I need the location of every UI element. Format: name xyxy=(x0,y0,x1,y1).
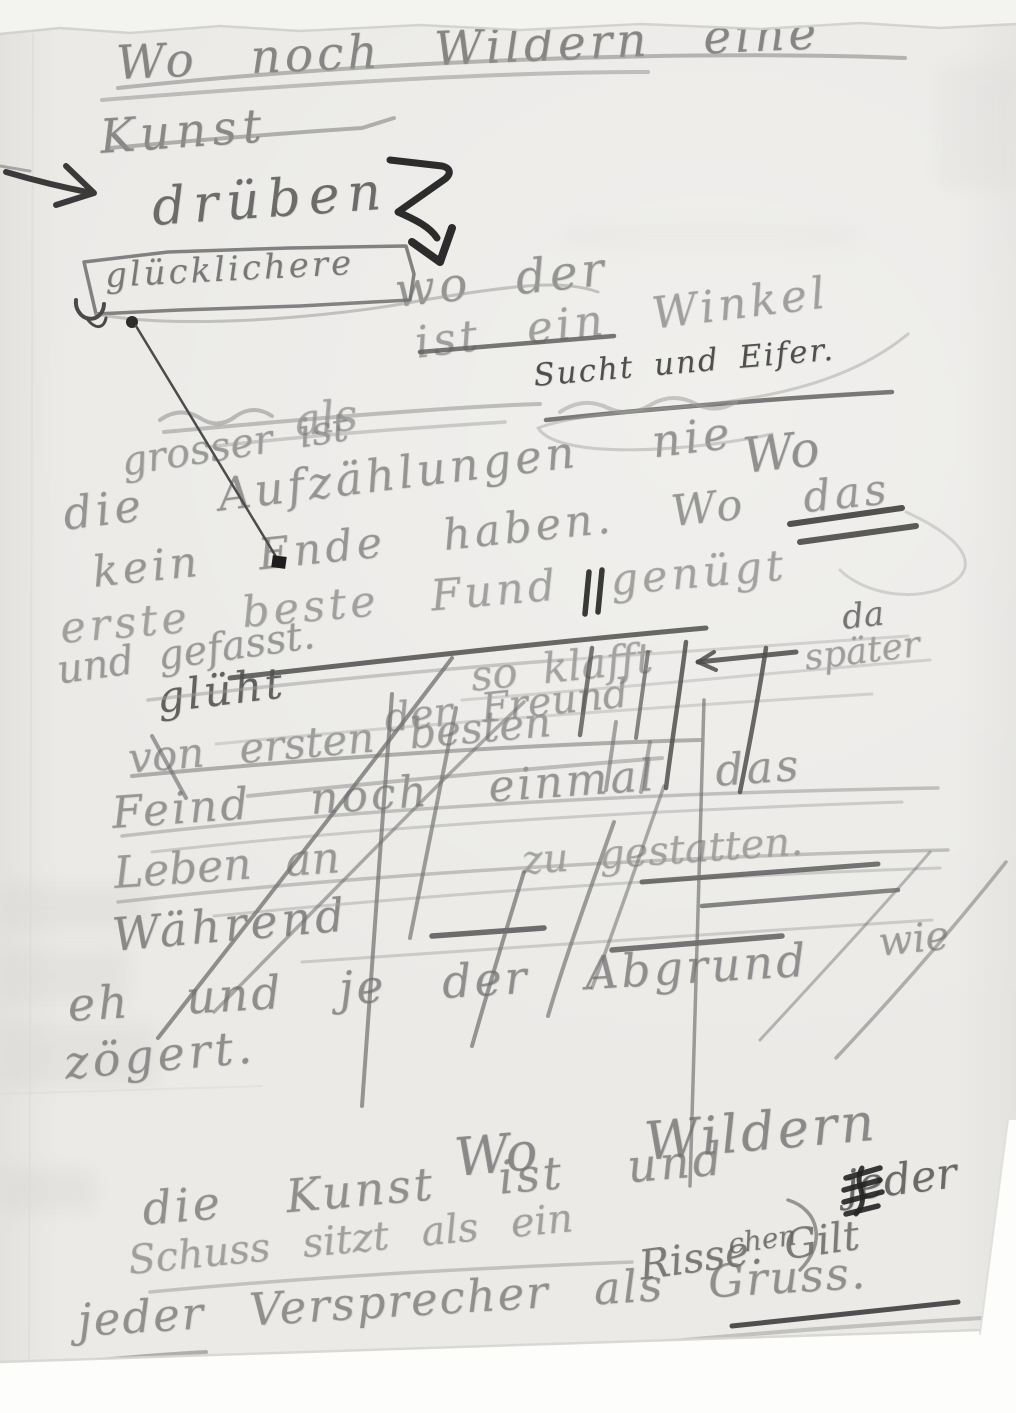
pencil-marks-overlay xyxy=(0,0,1016,1413)
diagonal-deletion-strokes xyxy=(152,642,1006,1186)
box-around-word xyxy=(76,246,598,327)
overwrite-scribble xyxy=(844,1168,882,1214)
margin-arrow-icon xyxy=(0,166,94,205)
leader-square-end xyxy=(271,555,287,569)
torn-top-edge xyxy=(0,0,1016,34)
paper-creases xyxy=(0,34,262,1360)
scanned-page: Wo noch Wildern eine Kunst drüben glückl… xyxy=(0,0,1016,1413)
